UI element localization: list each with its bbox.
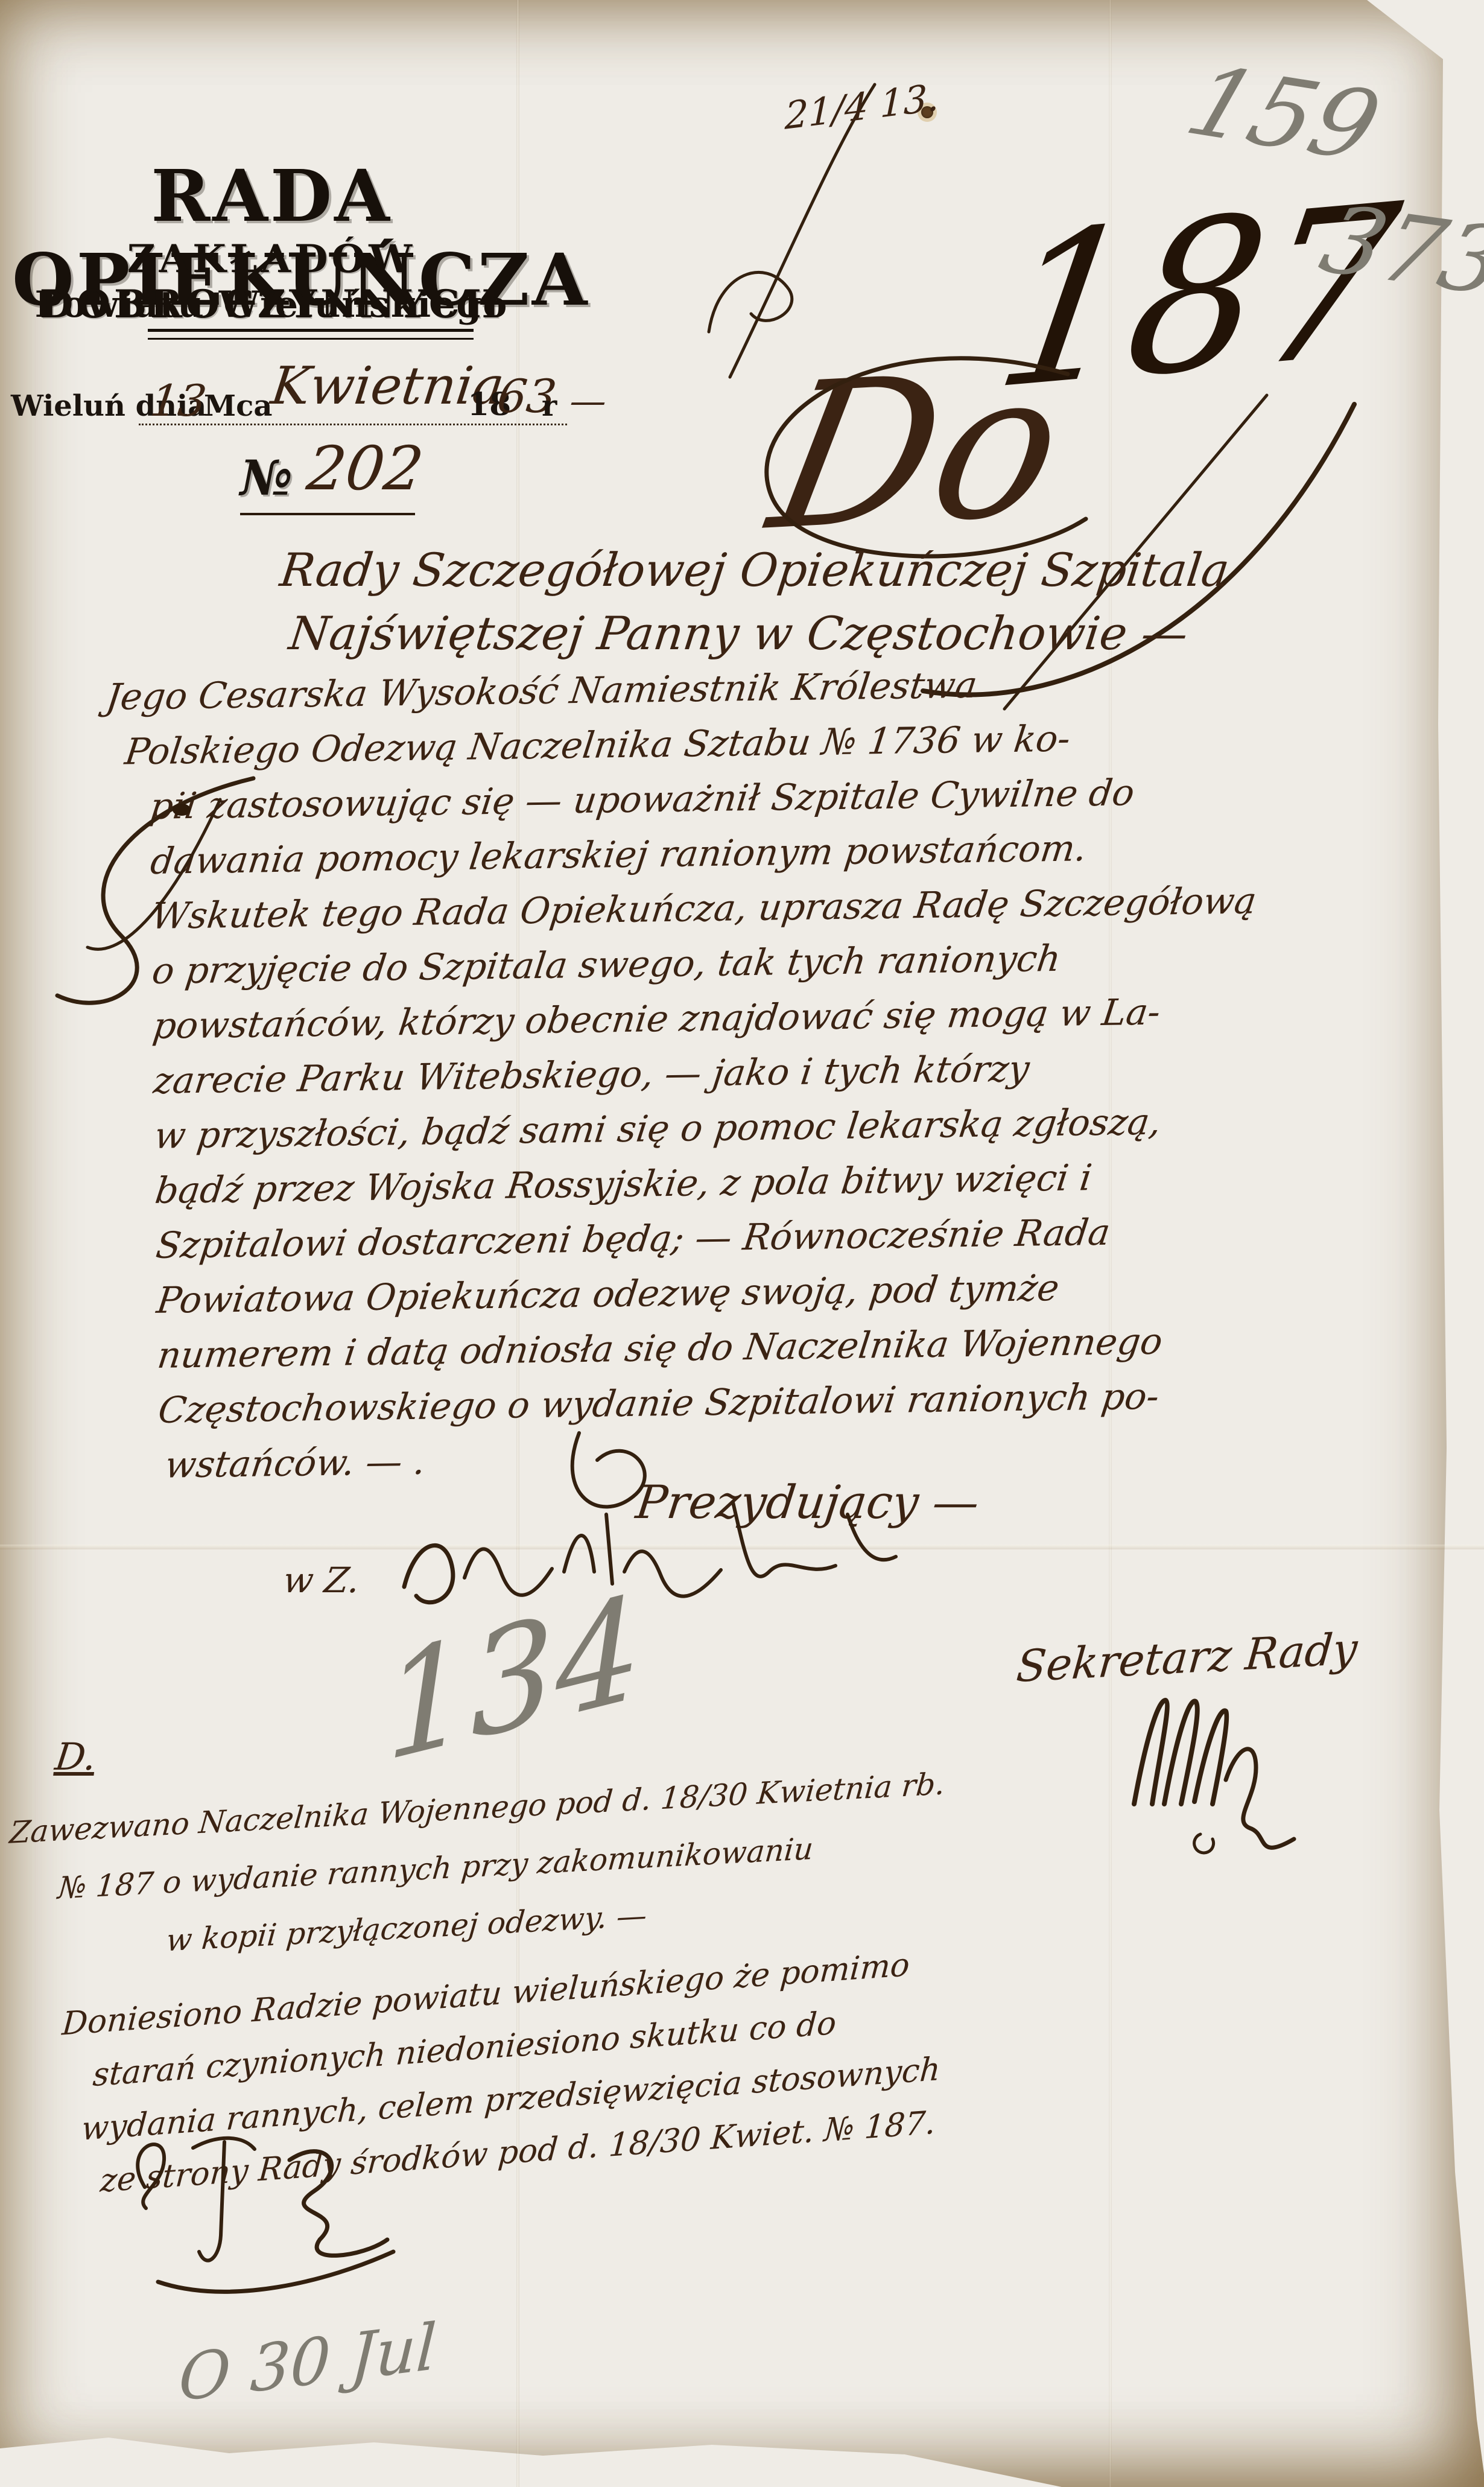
ink-blot xyxy=(173,804,191,816)
letterhead-rule xyxy=(148,329,474,340)
dateline-r: r xyxy=(542,389,557,423)
dateline-ruled-line xyxy=(139,422,567,425)
dateline-day-handwritten: 13 xyxy=(148,375,209,426)
letter-body: Jego Cesarska Wysokość Namiestnik Króles… xyxy=(148,652,1445,1493)
case-number-underline xyxy=(240,512,415,515)
dateline-dash: — xyxy=(568,380,609,422)
case-number-sign: № xyxy=(240,449,293,506)
case-number-value: 202 xyxy=(303,433,427,504)
letterhead-district-line: Powiatu Wieluńskiego xyxy=(9,284,534,326)
signed-in-substitution: w Z. xyxy=(281,1560,362,1601)
margin-flourish xyxy=(36,766,277,1026)
secretary-signature xyxy=(1110,1683,1297,1858)
address-line-2: Najświętszej Panny w Częstochowie — xyxy=(287,606,1191,660)
clerk-signature-paraph xyxy=(109,2112,398,2311)
margin-mark: D. xyxy=(53,1735,99,1779)
scanned-letter-page: RADA OPIEKUŃCZA ZAKŁADÓW DOBROCZYNNYCH P… xyxy=(0,0,1484,2487)
address-line-1: Rady Szczegółowej Opiekuńczej Szpitala xyxy=(277,543,1232,597)
dateline-mca: Mca xyxy=(204,389,272,423)
